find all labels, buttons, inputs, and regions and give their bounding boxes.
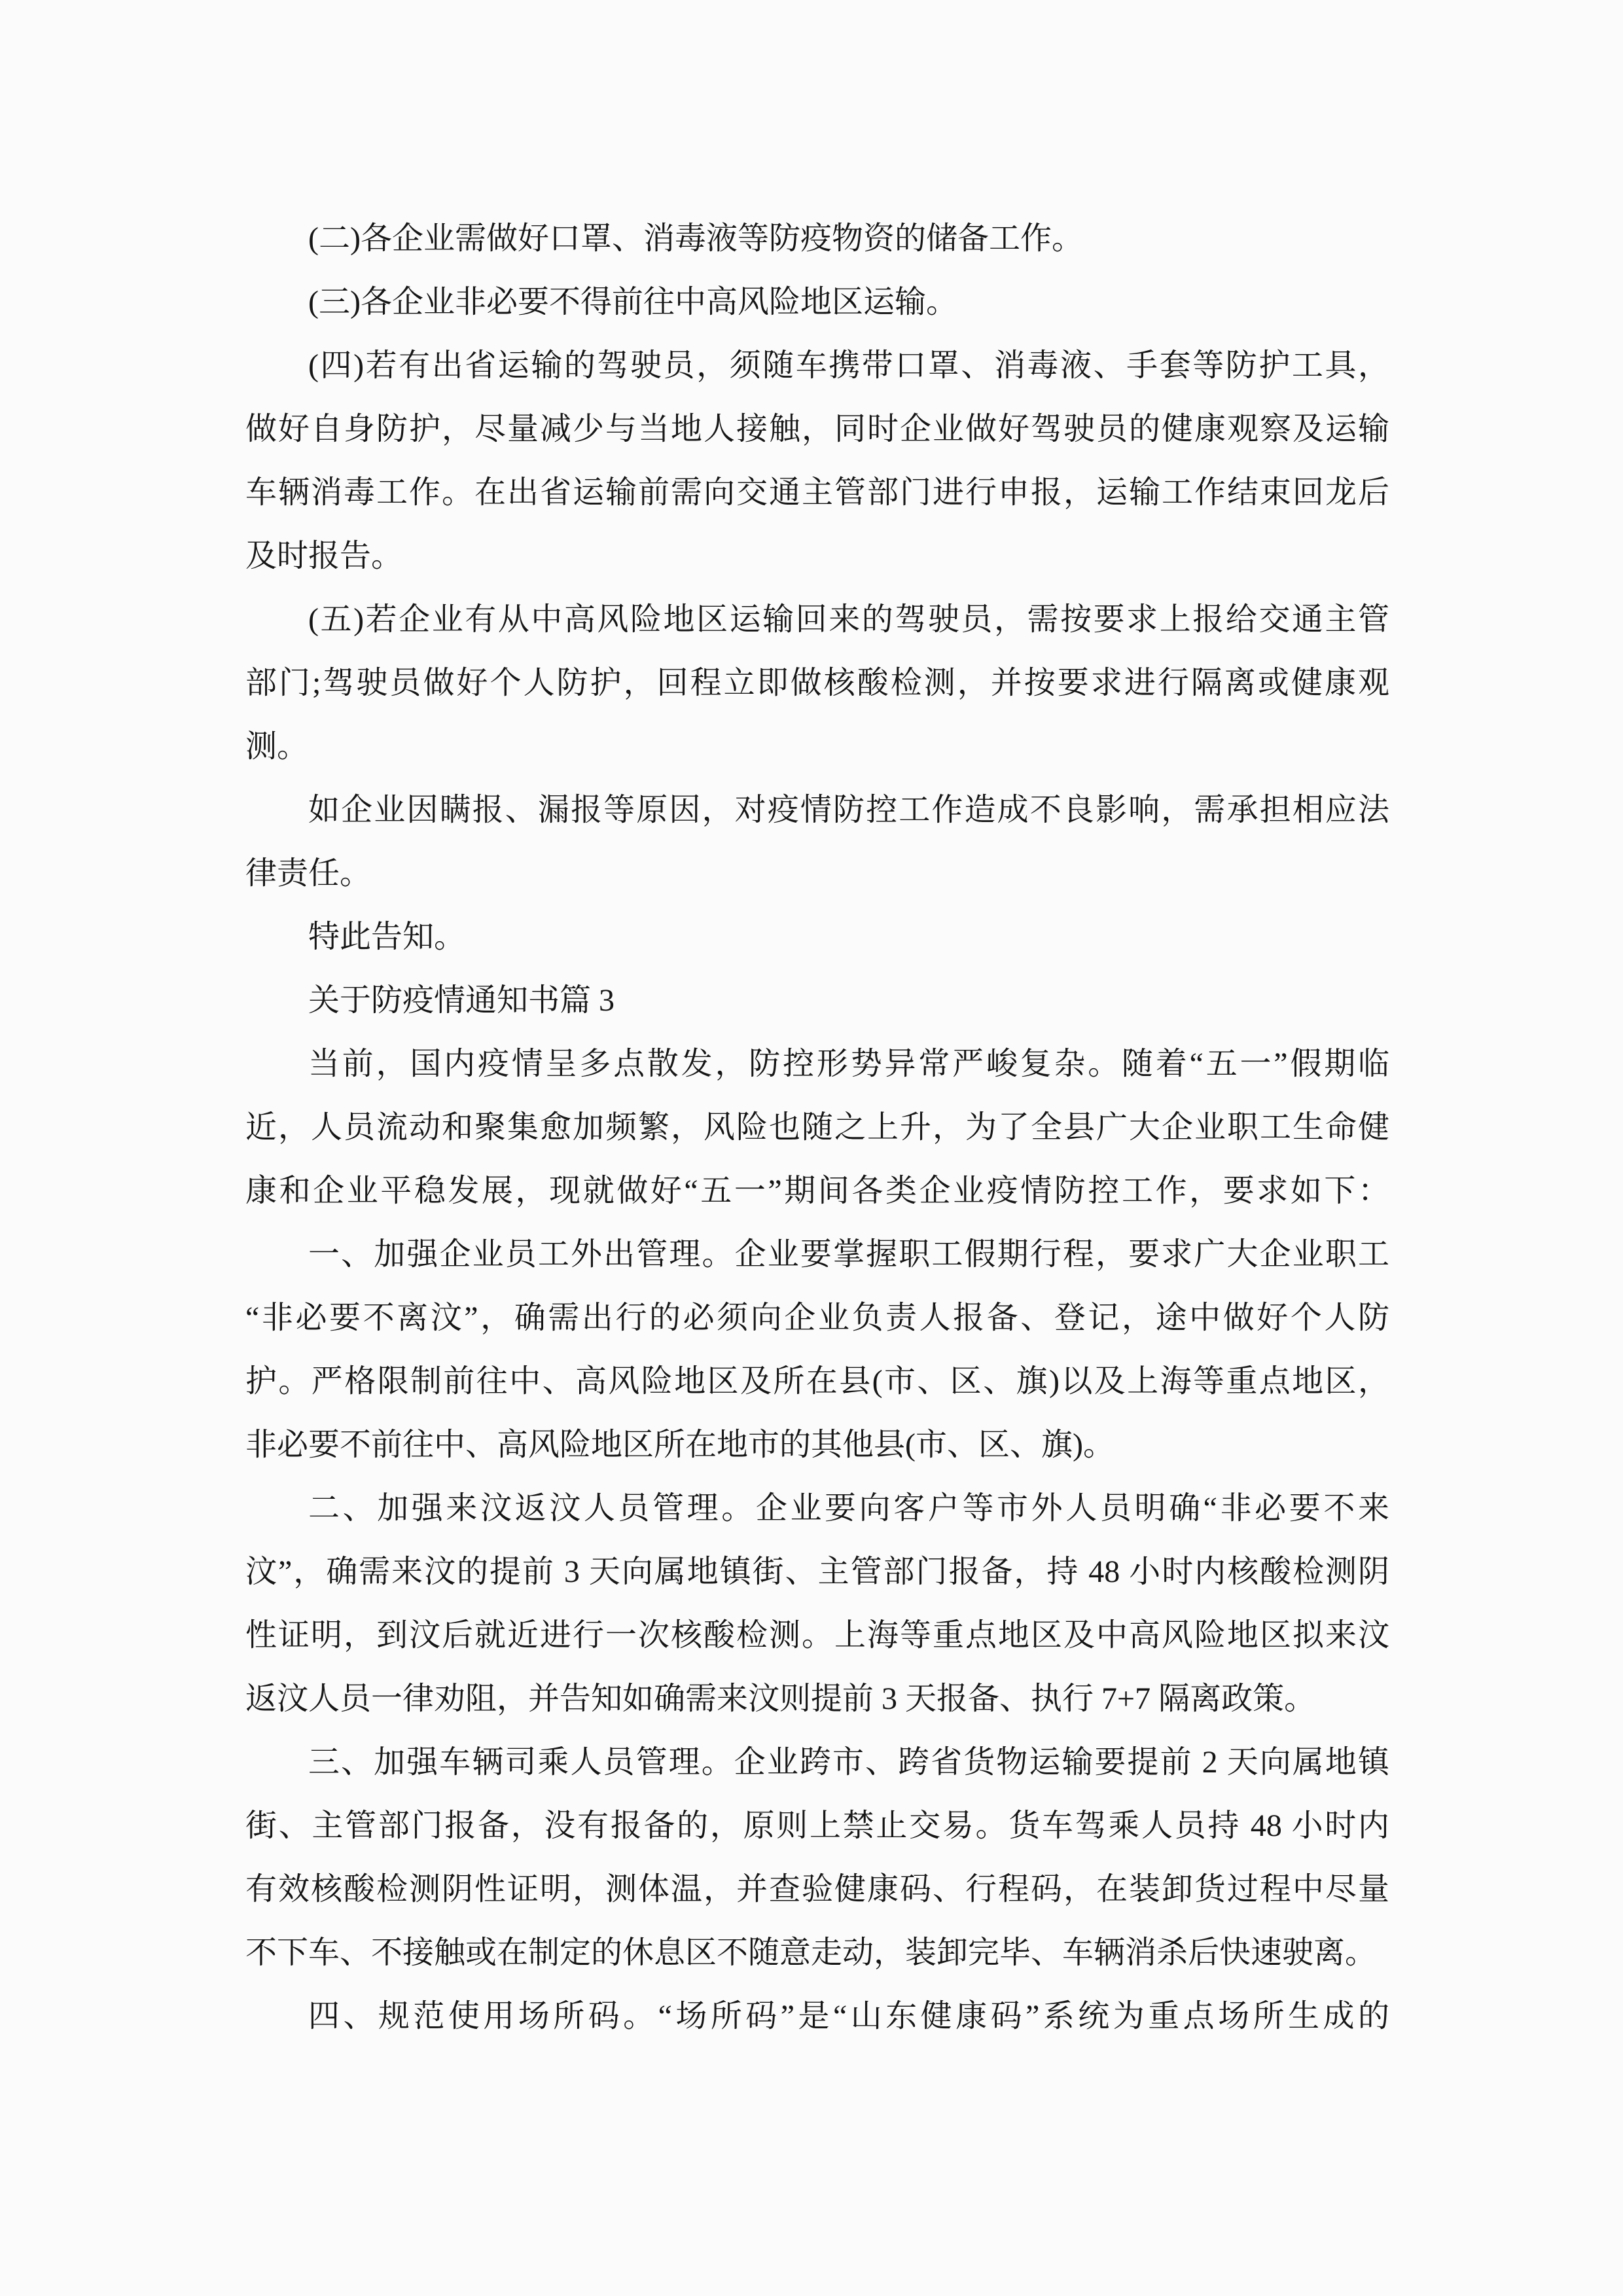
document-text-line: 非必要不前往中、高风险地区所在地市的其他县(市、区、旗)。 bbox=[245, 1413, 1389, 1477]
document-text-line: (五)若企业有从中高风险地区运输回来的驾驶员，需按要求上报给交通主管 bbox=[245, 588, 1389, 651]
document-text-line: 当前，国内疫情呈多点散发，防控形势异常严峻复杂。随着“五一”假期临 bbox=[245, 1032, 1389, 1096]
document-text-line: 律责任。 bbox=[245, 842, 1389, 905]
document-text-line: (四)若有出省运输的驾驶员，须随车携带口罩、消毒液、手套等防护工具， bbox=[245, 334, 1389, 397]
document-text-line: 测。 bbox=[245, 715, 1389, 778]
document-text-line: 有效核酸检测阴性证明，测体温，并查验健康码、行程码，在装卸货过程中尽量 bbox=[245, 1857, 1389, 1921]
document-text-line: 四、规范使用场所码。“场所码”是“山东健康码”系统为重点场所生成的 bbox=[245, 1984, 1389, 2048]
document-text-line: (三)各企业非必要不得前往中高风险地区运输。 bbox=[245, 270, 1389, 334]
document-text-line: “非必要不离汶”，确需出行的必须向企业负责人报备、登记，途中做好个人防 bbox=[245, 1286, 1389, 1350]
document-text-line: 三、加强车辆司乘人员管理。企业跨市、跨省货物运输要提前 2 天向属地镇 bbox=[245, 1731, 1389, 1794]
document-text-line: (二)各企业需做好口罩、消毒液等防疫物资的储备工作。 bbox=[245, 207, 1389, 270]
document-text-line: 如企业因瞒报、漏报等原因，对疫情防控工作造成不良影响，需承担相应法 bbox=[245, 778, 1389, 842]
document-text-line: 性证明，到汶后就近进行一次核酸检测。上海等重点地区及中高风险地区拟来汶 bbox=[245, 1604, 1389, 1667]
document-text-line: 一、加强企业员工外出管理。企业要掌握职工假期行程，要求广大企业职工 bbox=[245, 1223, 1389, 1286]
document-text-line: 汶”，确需来汶的提前 3 天向属地镇街、主管部门报备，持 48 小时内核酸检测阴 bbox=[245, 1540, 1389, 1604]
document-text-line: 不下车、不接触或在制定的休息区不随意走动，装卸完毕、车辆消杀后快速驶离。 bbox=[245, 1921, 1389, 1984]
document-text-line: 街、主管部门报备，没有报备的，原则上禁止交易。货车驾乘人员持 48 小时内 bbox=[245, 1794, 1389, 1857]
document-text-line: 部门;驾驶员做好个人防护，回程立即做核酸检测，并按要求进行隔离或健康观 bbox=[245, 651, 1389, 715]
document-text-line: 特此告知。 bbox=[245, 905, 1389, 969]
document-text-line: 及时报告。 bbox=[245, 524, 1389, 588]
document-page: (二)各企业需做好口罩、消毒液等防疫物资的储备工作。(三)各企业非必要不得前往中… bbox=[0, 0, 1623, 2296]
document-text-line: 车辆消毒工作。在出省运输前需向交通主管部门进行申报，运输工作结束回龙后 bbox=[245, 461, 1389, 524]
document-text-line: 关于防疫情通知书篇 3 bbox=[245, 969, 1389, 1032]
document-text-line: 做好自身防护，尽量减少与当地人接触，同时企业做好驾驶员的健康观察及运输 bbox=[245, 397, 1389, 461]
document-text-line: 康和企业平稳发展，现就做好“五一”期间各类企业疫情防控工作，要求如下： bbox=[245, 1159, 1389, 1223]
document-text-line: 返汶人员一律劝阻，并告知如确需来汶则提前 3 天报备、执行 7+7 隔离政策。 bbox=[245, 1667, 1389, 1731]
document-text-line: 护。严格限制前往中、高风险地区及所在县(市、区、旗)以及上海等重点地区， bbox=[245, 1350, 1389, 1413]
document-text-column: (二)各企业需做好口罩、消毒液等防疫物资的储备工作。(三)各企业非必要不得前往中… bbox=[245, 207, 1389, 2048]
document-text-line: 近，人员流动和聚集愈加频繁，风险也随之上升，为了全县广大企业职工生命健 bbox=[245, 1096, 1389, 1159]
document-text-line: 二、加强来汶返汶人员管理。企业要向客户等市外人员明确“非必要不来 bbox=[245, 1477, 1389, 1540]
